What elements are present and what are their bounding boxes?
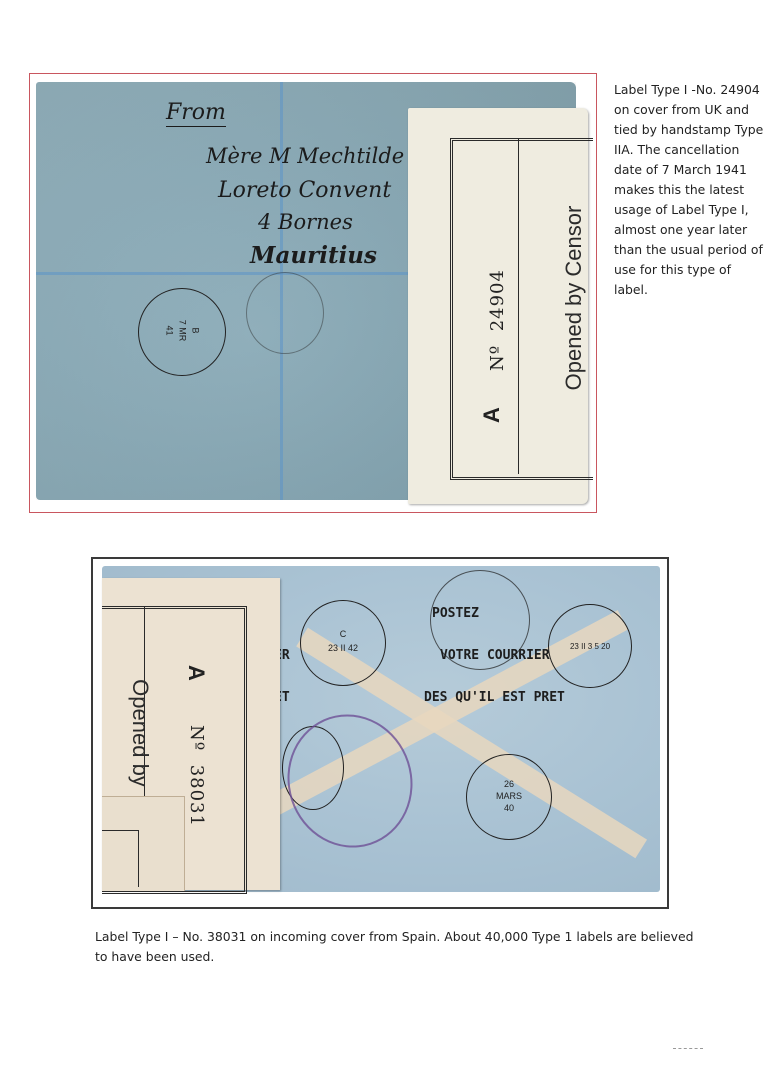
handwriting-sender: Mère M Mechtilde: [206, 144, 404, 168]
postmark-tananarive-rp: 23 II 3 5 20: [548, 604, 632, 688]
caption-item-2: Label Type I – No. 38031 on incoming cov…: [95, 927, 695, 967]
label-series: A: [179, 653, 209, 693]
caption-item-1: Label Type I -No. 24904 on cover from UK…: [614, 80, 764, 300]
postmark-letter: B: [189, 288, 202, 374]
slogan-line-2: VOTRE COURRIER: [440, 648, 550, 663]
postmark-tananarive-c: C 23 II 42: [300, 600, 386, 686]
label-number: Nº 38031: [183, 711, 207, 841]
postmark-day: 7: [178, 320, 188, 325]
postmark-month: MR: [178, 327, 188, 341]
label-heading: Opened by Censor: [561, 198, 591, 398]
page-mark: [673, 1048, 703, 1049]
postmark-gpo-mauritius: B 7 MR 41: [138, 288, 226, 376]
slogan-line-1: POSTEZ: [432, 606, 479, 621]
censor-label-24904: Opened by Censor Nº 24904 A: [408, 108, 588, 504]
label-divider: [518, 138, 519, 474]
postmark-tamatave: 26 MARS 40: [466, 754, 552, 840]
handwriting-from: From: [166, 100, 226, 127]
label-flap-border: [102, 830, 139, 887]
postmark-faint: [246, 272, 324, 354]
handwriting-address-3: Mauritius: [250, 242, 377, 269]
censor-label-38031: Opened by A Nº 38031: [102, 578, 280, 890]
label-series: A: [479, 395, 509, 435]
label-heading: Opened by: [123, 663, 153, 803]
handwriting-address-2: 4 Bornes: [258, 210, 353, 234]
postmark-year: 41: [163, 288, 176, 374]
slogan-line-3: DES QU'IL EST PRET: [424, 690, 565, 705]
handwriting-address-1: Loreto Convent: [218, 178, 391, 203]
label-number: Nº 24904: [487, 255, 511, 385]
